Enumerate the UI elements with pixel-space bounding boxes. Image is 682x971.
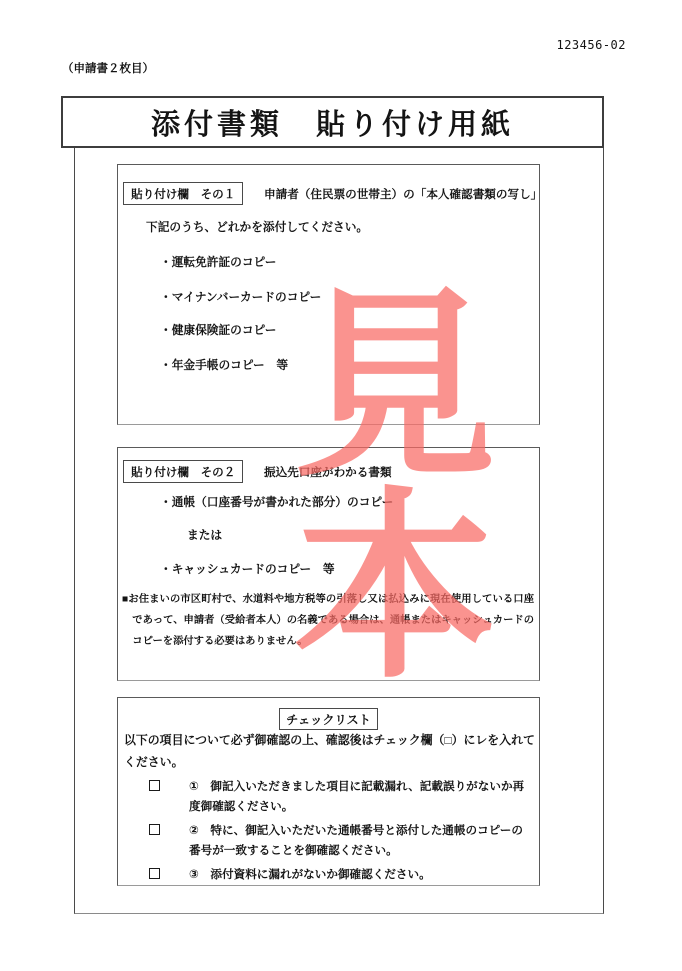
- page-sheet-note: （申請書２枚目）: [62, 60, 154, 76]
- checklist-intro: 以下の項目について必ず御確認の上、確認後はチェック欄（□）にレを入れてください。: [124, 729, 538, 773]
- section1-instruction: 下記のうち、どれかを添付してください。: [146, 219, 368, 235]
- document-number: 123456-02: [556, 38, 626, 52]
- page-title: 添付書類 貼り付け用紙: [151, 102, 514, 143]
- section1-heading: 申請者（住民票の世帯主）の「本人確認書類の写し」: [264, 186, 542, 202]
- section1-item-mynumber-card: ・マイナンバーカードのコピー: [160, 289, 321, 305]
- section1-item-pension-book: ・年金手帳のコピー 等: [160, 357, 288, 373]
- section1-item-drivers-license: ・運転免許証のコピー: [160, 254, 276, 270]
- checkbox-item-3[interactable]: [149, 868, 160, 879]
- paste-section-2: 貼り付け欄 その２ 振込先口座がわかる書類 ・通帳（口座番号が書かれた部分）のコ…: [117, 447, 540, 681]
- checklist-item-1: ① 御記入いただきました項目に記載漏れ、記載誤りがないか再度御確認ください。: [149, 777, 529, 817]
- document-page: { "page": { "doc_number": "123456-02", "…: [0, 0, 682, 971]
- checkbox-item-1[interactable]: [149, 780, 160, 791]
- checklist-item-3-text: ③ 添付資料に漏れがないか御確認ください。: [189, 865, 529, 885]
- checklist-items: ① 御記入いただきました項目に記載漏れ、記載誤りがないか再度御確認ください。 ②…: [149, 777, 529, 889]
- section2-heading: 振込先口座がわかる書類: [264, 464, 392, 480]
- paste-section-1: 貼り付け欄 その１ 申請者（住民票の世帯主）の「本人確認書類の写し」 下記のうち…: [117, 164, 540, 425]
- section1-item-health-insurance: ・健康保険証のコピー: [160, 322, 276, 338]
- section2-item-passbook: ・通帳（口座番号が書かれた部分）のコピー: [160, 494, 393, 510]
- checklist-label-wrap: チェックリスト: [118, 708, 539, 730]
- checklist-section: チェックリスト 以下の項目について必ず御確認の上、確認後はチェック欄（□）にレを…: [117, 697, 540, 886]
- section2-item-cashcard: ・キャッシュカードのコピー 等: [160, 561, 335, 577]
- section2-item-or: または: [187, 527, 222, 543]
- section2-exemption-note: ■お住まいの市区町村で、水道料や地方税等の引落し又は払込みに現在使用している口座…: [122, 589, 534, 652]
- checkbox-item-2[interactable]: [149, 824, 160, 835]
- checklist-item-2-text: ② 特に、御記入いただいた通帳番号と添付した通帳のコピーの番号が一致することを御…: [189, 821, 529, 861]
- title-box: 添付書類 貼り付け用紙: [61, 96, 604, 148]
- checklist-item-2: ② 特に、御記入いただいた通帳番号と添付した通帳のコピーの番号が一致することを御…: [149, 821, 529, 861]
- section1-label: 貼り付け欄 その１: [123, 182, 243, 205]
- checklist-item-3: ③ 添付資料に漏れがないか御確認ください。: [149, 865, 529, 885]
- checklist-item-1-text: ① 御記入いただきました項目に記載漏れ、記載誤りがないか再度御確認ください。: [189, 777, 529, 817]
- checklist-label: チェックリスト: [279, 708, 378, 730]
- section2-label: 貼り付け欄 その２: [123, 460, 243, 483]
